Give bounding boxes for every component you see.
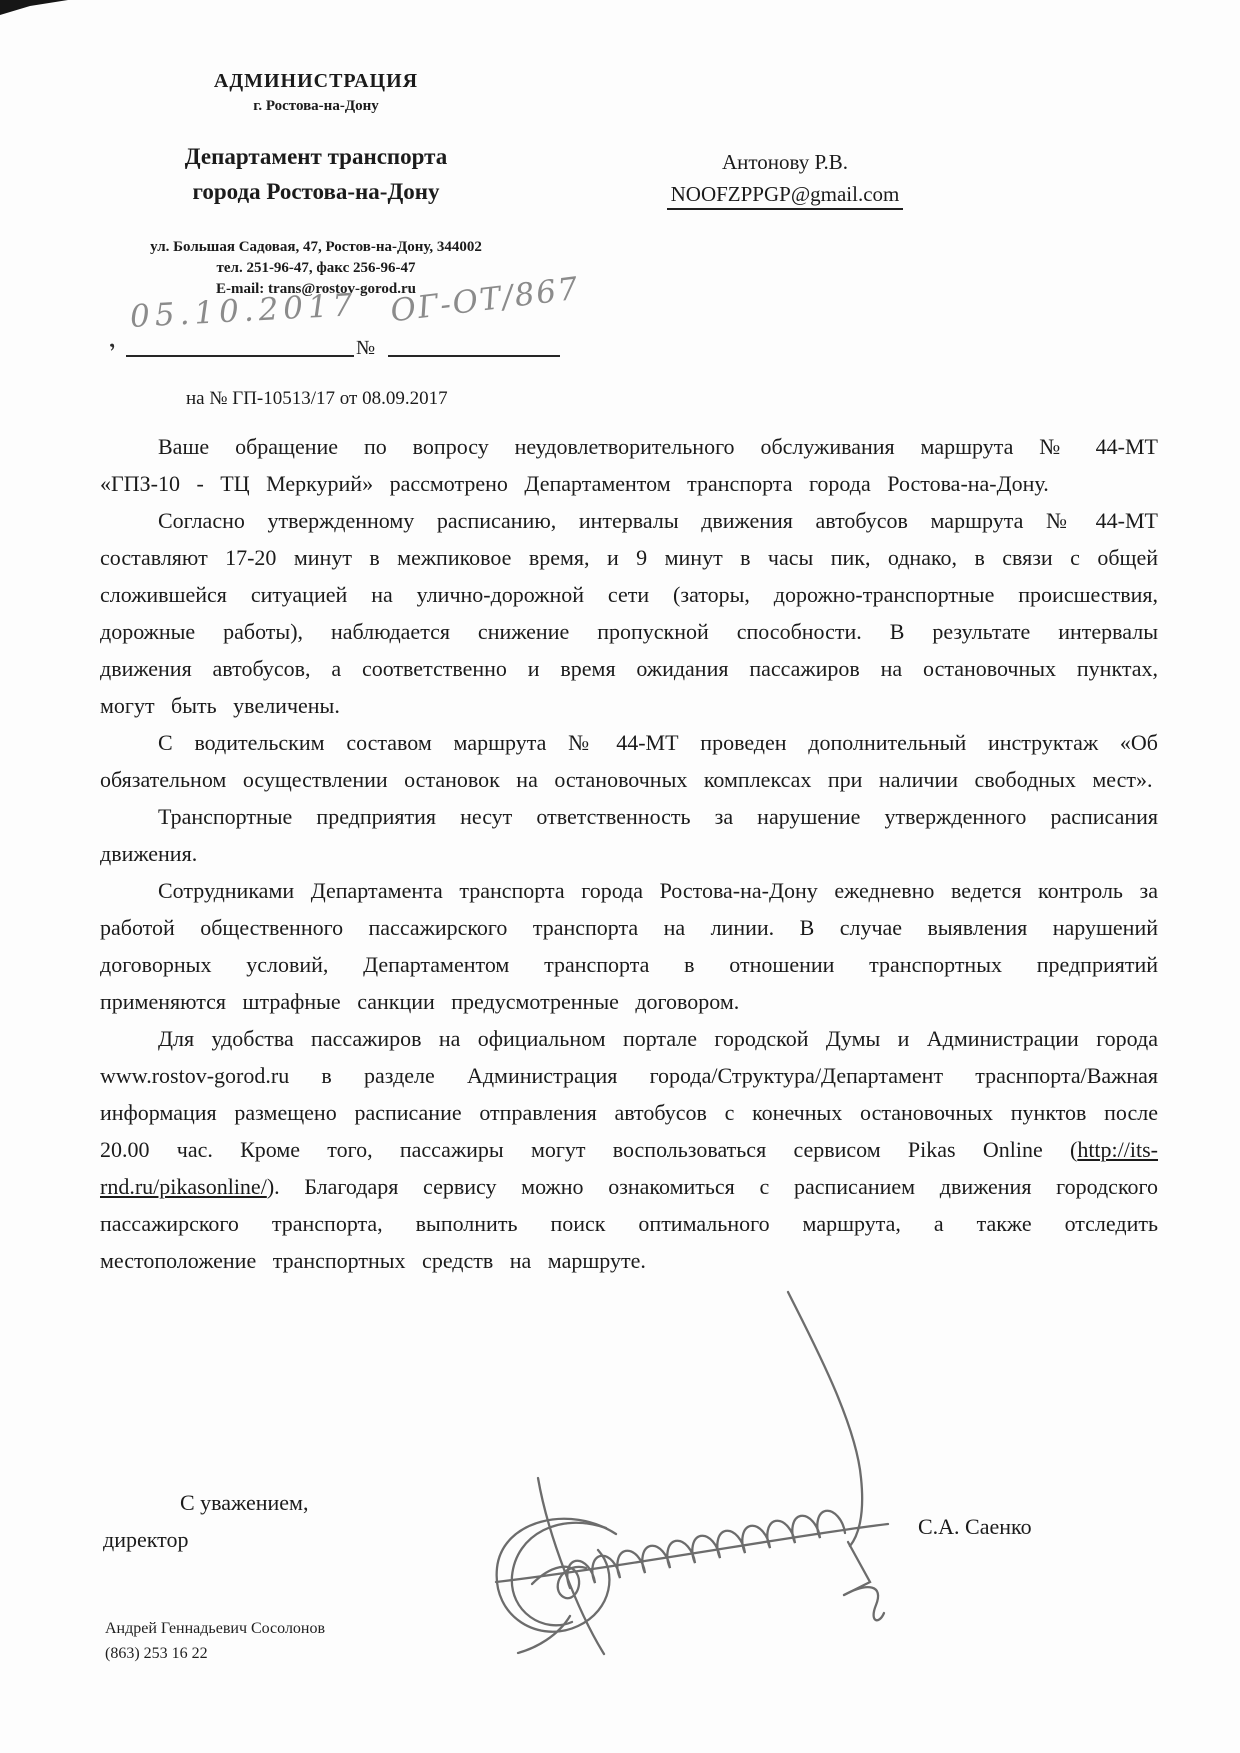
paragraph-6-text-before-link: Для удобства пассажиров на официальном п… — [100, 1026, 1158, 1162]
contact-phone: (863) 253 16 22 — [105, 1641, 325, 1666]
paragraph-3: С водительским составом маршрута № 44-МТ… — [100, 724, 1158, 798]
letterhead: АДМИНИСТРАЦИЯ г. Ростова-на-Дону Департа… — [112, 70, 520, 300]
letterhead-phone: тел. 251-96-47, факс 256-96-47 — [112, 258, 520, 279]
signer-title: директор — [103, 1527, 188, 1553]
paragraph-1: Ваше обращение по вопросу неудовлетворит… — [100, 428, 1158, 502]
reference-line: на № ГП-10513/17 от 08.09.2017 — [186, 388, 448, 410]
recipient-block: Антонову Р.В. NOOFZPPGP@gmail.com — [620, 150, 950, 210]
recipient-email: NOOFZPPGP@gmail.com — [667, 182, 904, 210]
scan-stray-mark: ʼ — [106, 338, 121, 365]
number-sign-label: № — [356, 337, 375, 360]
letter-body: Ваше обращение по вопросу неудовлетворит… — [100, 428, 1158, 1279]
scan-corner-artifact — [0, 0, 68, 15]
department-name: Департамент транспорта города Ростова-на… — [112, 139, 520, 209]
paragraph-6: Для удобства пассажиров на официальном п… — [100, 1020, 1158, 1279]
department-line2: города Ростова-на-Дону — [112, 174, 520, 209]
paragraph-4: Транспортные предприятия несут ответстве… — [100, 798, 1158, 872]
org-name: АДМИНИСТРАЦИЯ — [112, 70, 520, 93]
org-city: г. Ростова-на-Дону — [112, 98, 520, 115]
closing-phrase: С уважением, — [180, 1490, 308, 1516]
paragraph-2: Согласно утвержденному расписанию, интер… — [100, 502, 1158, 724]
letterhead-address: ул. Большая Садовая, 47, Ростов-на-Дону,… — [112, 237, 520, 258]
scanned-letter-page: АДМИНИСТРАЦИЯ г. Ростова-на-Дону Департа… — [0, 0, 1240, 1753]
footer-contact: Андрей Геннадьевич Сосолонов (863) 253 1… — [105, 1616, 325, 1666]
department-line1: Департамент транспорта — [112, 139, 520, 174]
paragraph-5: Сотрудниками Департамента транспорта гор… — [100, 872, 1158, 1020]
recipient-name: Антонову Р.В. — [620, 150, 950, 175]
date-blank-line — [126, 313, 354, 357]
contact-person: Андрей Геннадьевич Сосолонов — [105, 1616, 325, 1641]
signature-scrawl — [420, 1282, 980, 1657]
